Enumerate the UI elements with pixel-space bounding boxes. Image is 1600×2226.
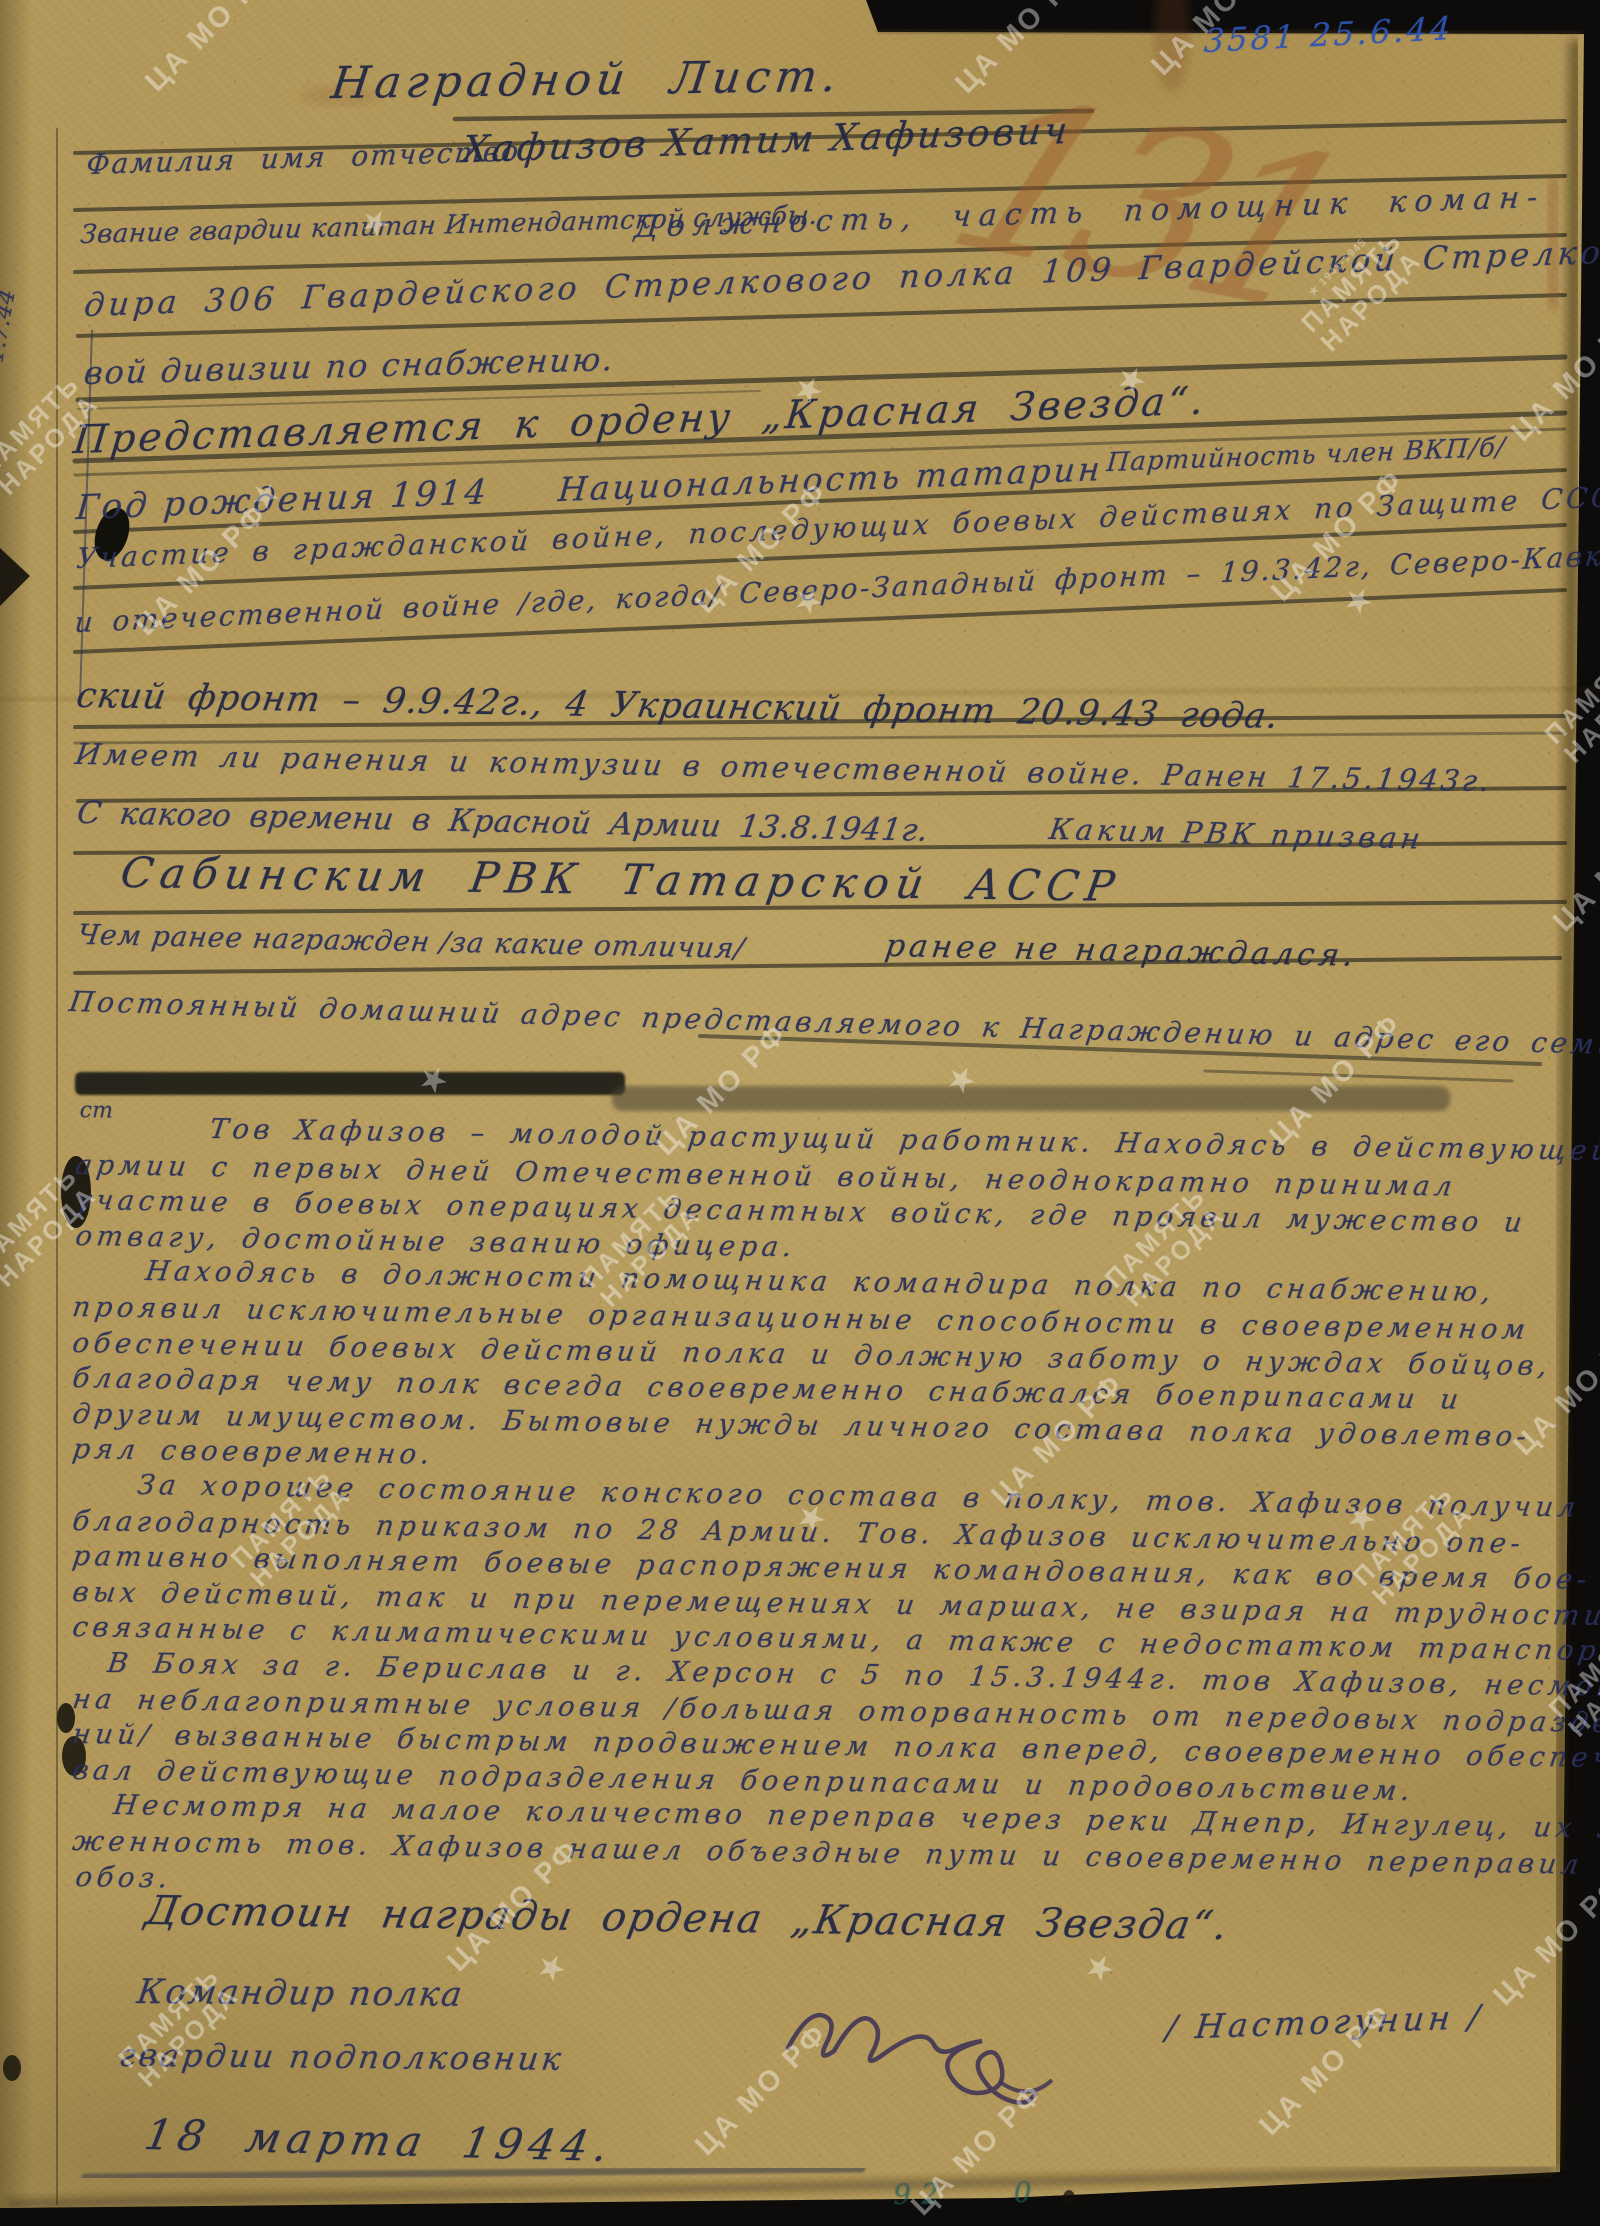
page-left-edge <box>0 0 38 2208</box>
paper-sheet <box>0 0 1600 2226</box>
award-sheet-scan: 3581 25.6.44 131 3858 1.7.44 Наградной Л… <box>0 0 1600 2226</box>
